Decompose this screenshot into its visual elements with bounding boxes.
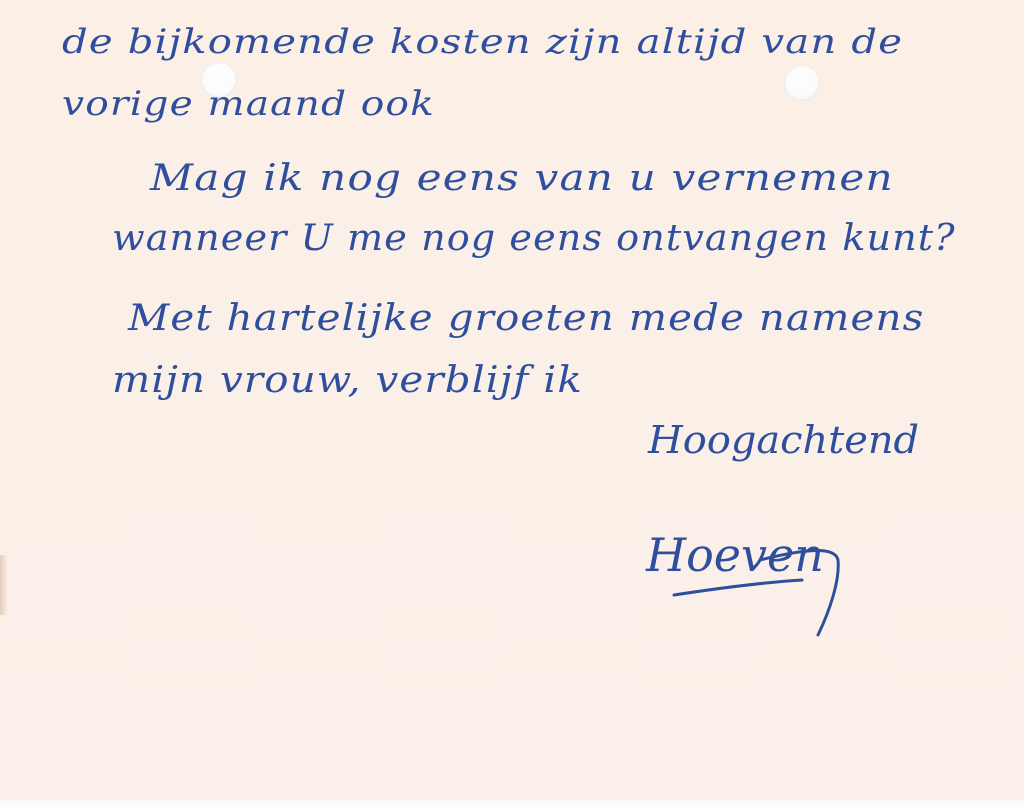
letter-line-6: mijn vrouw, verblijf ik <box>112 360 583 401</box>
signature-flourish-icon <box>640 520 860 650</box>
paper-stain <box>0 555 8 615</box>
punch-hole-right <box>784 65 820 101</box>
paper-bottom-edge <box>0 800 1024 807</box>
letter-paper: de bijkomende kosten zijn altijd van de … <box>0 0 1024 801</box>
letter-line-5: Met hartelijke groeten mede namens <box>128 298 924 339</box>
signature: Hoeven <box>640 520 860 650</box>
letter-line-3: Mag ik nog eens van u vernemen <box>150 158 894 199</box>
letter-line-1: de bijkomende kosten zijn altijd van de <box>62 22 903 62</box>
letter-closing: Hoogachtend <box>648 418 919 462</box>
letter-line-2: vorige maand ook <box>62 84 435 124</box>
letter-line-4: wanneer U me nog eens ontvangen kunt? <box>112 218 956 259</box>
